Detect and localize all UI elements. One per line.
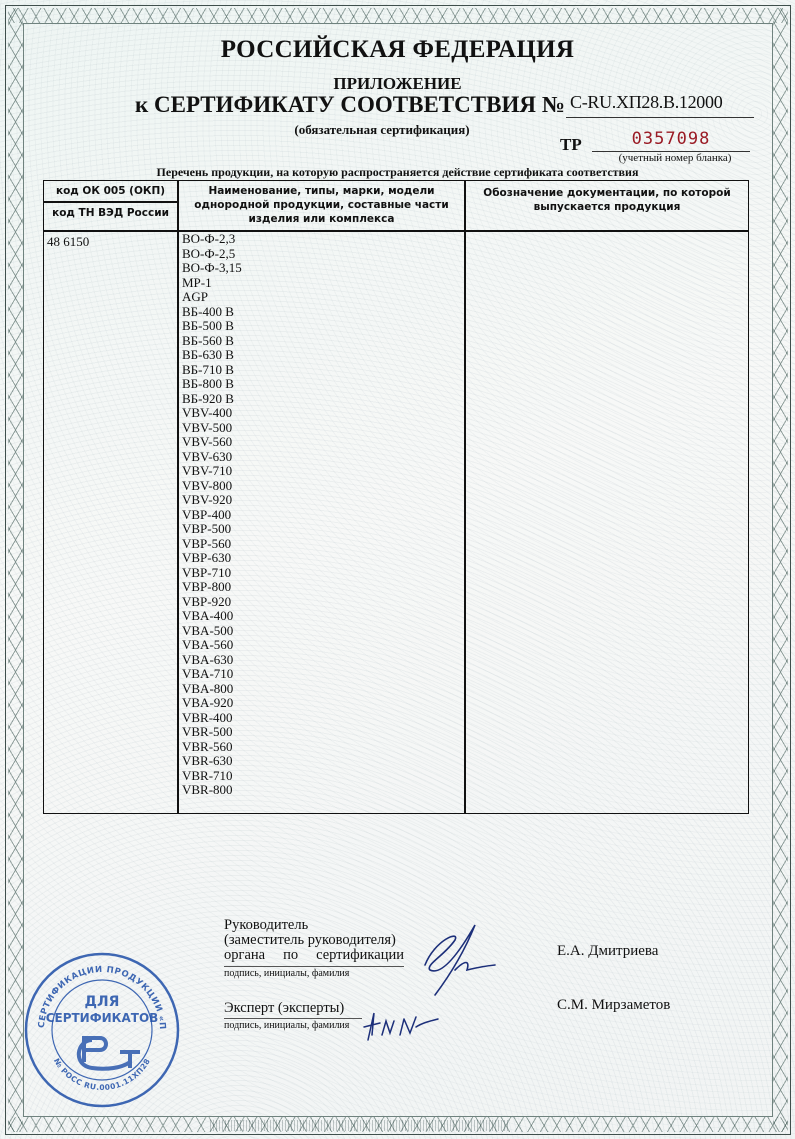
word: по bbox=[283, 948, 298, 963]
product-item: VBA-400 bbox=[182, 609, 242, 624]
head-label-line2: (заместитель руководителя) bbox=[224, 933, 404, 948]
product-item: VBA-710 bbox=[182, 667, 242, 682]
column-header-okp: код ОК 005 (ОКП) bbox=[44, 184, 177, 198]
svg-text:СЕРТИФИКАТОВ: СЕРТИФИКАТОВ bbox=[46, 1011, 159, 1025]
column-header-tnved: код ТН ВЭД России bbox=[44, 206, 177, 220]
expert-label: Эксперт (эксперты) bbox=[224, 1000, 344, 1017]
signature-caption: подпись, инициалы, фамилия bbox=[224, 968, 349, 979]
product-item: ВБ-560 В bbox=[182, 334, 242, 349]
product-item: ВО-Ф-2,3 bbox=[182, 232, 242, 247]
signature-line bbox=[224, 1018, 362, 1019]
word: сертификации bbox=[316, 948, 404, 963]
product-item: VBP-920 bbox=[182, 595, 242, 610]
product-item: ВБ-400 В bbox=[182, 305, 242, 320]
product-item: VBV-800 bbox=[182, 479, 242, 494]
signature-line bbox=[224, 966, 404, 967]
product-item: AGP bbox=[182, 290, 242, 305]
table-header-divider bbox=[44, 230, 748, 232]
product-item: VBV-400 bbox=[182, 406, 242, 421]
expert-signature-icon bbox=[360, 1005, 440, 1045]
column-header-product-name: Наименование, типы, марки, модели одноро… bbox=[179, 184, 464, 226]
product-item: ВО-Ф-3,15 bbox=[182, 261, 242, 276]
product-item: VBR-400 bbox=[182, 711, 242, 726]
product-item: VBR-560 bbox=[182, 740, 242, 755]
table-divider bbox=[464, 181, 466, 813]
tp-label: ТР bbox=[560, 135, 582, 155]
product-item: ВО-Ф-2,5 bbox=[182, 247, 242, 262]
product-item: VBA-920 bbox=[182, 696, 242, 711]
product-item: VBP-400 bbox=[182, 508, 242, 523]
product-table: код ОК 005 (ОКП) код ТН ВЭД России Наиме… bbox=[43, 180, 749, 814]
appendix-title: ПРИЛОЖЕНИЕ bbox=[0, 74, 795, 94]
head-signatory-label: Руководитель (заместитель руководителя) … bbox=[224, 918, 404, 963]
product-item: VBP-500 bbox=[182, 522, 242, 537]
product-list-caption: Перечень продукции, на которую распростр… bbox=[0, 165, 795, 180]
product-item: ВБ-710 В bbox=[182, 363, 242, 378]
product-item: VBA-630 bbox=[182, 653, 242, 668]
certificate-heading: к СЕРТИФИКАТУ СООТВЕТСТВИЯ № bbox=[135, 92, 565, 118]
certification-type: (обязательная сертификация) bbox=[262, 122, 502, 138]
product-item: ВБ-500 В bbox=[182, 319, 242, 334]
rst-logo-icon bbox=[79, 1038, 140, 1069]
product-item: VBV-500 bbox=[182, 421, 242, 436]
product-item: ВБ-800 В bbox=[182, 377, 242, 392]
product-item: VBR-630 bbox=[182, 754, 242, 769]
head-label-line1: Руководитель bbox=[224, 918, 404, 933]
svg-text:№ РОСС RU.0001.11ХП28: № РОСС RU.0001.11ХП28 bbox=[52, 1057, 152, 1092]
expert-name: С.М. Мирзаметов bbox=[557, 997, 670, 1014]
table-subheader-divider bbox=[44, 201, 177, 203]
certification-stamp: ОРГАН ПО СЕРТИФИКАЦИИ ПРОДУКЦИИ «ПРОМСЕР… bbox=[22, 950, 182, 1110]
product-item: VBA-800 bbox=[182, 682, 242, 697]
country-title: РОССИЙСКАЯ ФЕДЕРАЦИЯ bbox=[0, 36, 795, 64]
product-item: VBA-500 bbox=[182, 624, 242, 639]
blank-number: 0357098 bbox=[592, 129, 750, 152]
head-signature-icon bbox=[415, 920, 505, 1000]
head-name: Е.А. Дмитриева bbox=[557, 943, 658, 960]
product-item: ВБ-630 В bbox=[182, 348, 242, 363]
okp-code: 48 6150 bbox=[47, 234, 89, 250]
head-label-line3: органа по сертификации bbox=[224, 948, 404, 963]
product-item: VBR-500 bbox=[182, 725, 242, 740]
product-item: VBP-630 bbox=[182, 551, 242, 566]
product-item: VBV-630 bbox=[182, 450, 242, 465]
product-item: VBA-560 bbox=[182, 638, 242, 653]
svg-text:ДЛЯ: ДЛЯ bbox=[85, 994, 120, 1010]
product-item: МР-1 bbox=[182, 276, 242, 291]
product-item: VBV-920 bbox=[182, 493, 242, 508]
signature-caption: подпись, инициалы, фамилия bbox=[224, 1020, 349, 1031]
product-item: VBR-710 bbox=[182, 769, 242, 784]
product-list: ВО-Ф-2,3ВО-Ф-2,5ВО-Ф-3,15МР-1AGPВБ-400 В… bbox=[182, 232, 242, 798]
footer-microtext bbox=[210, 1120, 510, 1131]
product-item: VBP-710 bbox=[182, 566, 242, 581]
product-item: VBV-560 bbox=[182, 435, 242, 450]
blank-number-caption: (учетный номер бланка) bbox=[600, 152, 750, 164]
product-item: VBV-710 bbox=[182, 464, 242, 479]
certificate-number: C-RU.ХП28.В.12000 bbox=[566, 92, 754, 118]
word: органа bbox=[224, 948, 265, 963]
product-item: VBR-800 bbox=[182, 783, 242, 798]
product-item: VBP-560 bbox=[182, 537, 242, 552]
column-header-documentation: Обозначение документации, по которой вып… bbox=[466, 186, 748, 214]
product-item: ВБ-920 В bbox=[182, 392, 242, 407]
product-item: VBP-800 bbox=[182, 580, 242, 595]
table-divider bbox=[177, 181, 179, 813]
